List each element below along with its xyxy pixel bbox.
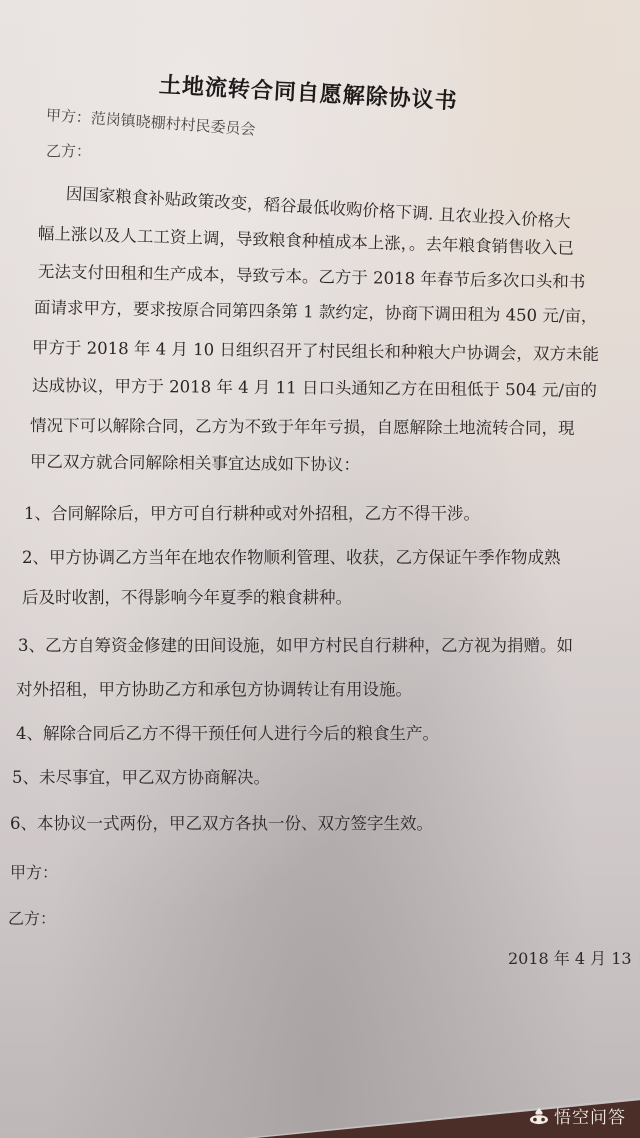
watermark: 悟空问答: [528, 1103, 626, 1128]
clause-5: 5、未尽事宜，甲乙双方协商解决。: [12, 764, 270, 788]
signature-party-a: 甲方：: [10, 860, 58, 883]
body-line: 甲乙双方就合同解除相关事宜达成如下协议：: [30, 448, 360, 475]
body-line: 情况下可以解除合同，乙方为不致于年年亏损，自愿解除土地流转合同，現: [30, 412, 575, 439]
body-line: 达成协议，甲方于 2018 年 4 月 11 日口头通知乙方在田租低于 504 …: [32, 372, 597, 401]
signature-party-b: 乙方：: [8, 906, 56, 929]
clause-2: 2、甲方协调乙方当年在地农作物顺利管理、收获，乙方保证午季作物成熟: [22, 544, 561, 568]
watermark-label: 悟空问答: [554, 1103, 626, 1128]
clause-6: 6、本协议一式两份，甲乙双方各执一份、双方签字生效。: [10, 810, 433, 834]
party-b-line: 乙方：: [46, 140, 91, 161]
document-date: 2018 年 4 月 13 日: [508, 946, 640, 969]
clause-1: 1、合同解除后，甲方可自行耕种或对外招租，乙方不得干涉。: [24, 500, 480, 524]
clause-2-cont: 后及时收割，不得影响今年夏季的粮食耕种。: [22, 584, 352, 608]
clause-3-cont: 对外招租，甲方协助乙方和承包方协调转让有用设施。: [16, 676, 412, 700]
wukong-logo-icon: [528, 1107, 550, 1125]
clause-3: 3、乙方自筹资金修建的田间设施，如甲方村民自行耕种，乙方视为捐赠。如: [18, 632, 573, 656]
clause-4: 4、解除合同后乙方不得干预任何人进行今后的粮食生产。: [16, 720, 439, 744]
